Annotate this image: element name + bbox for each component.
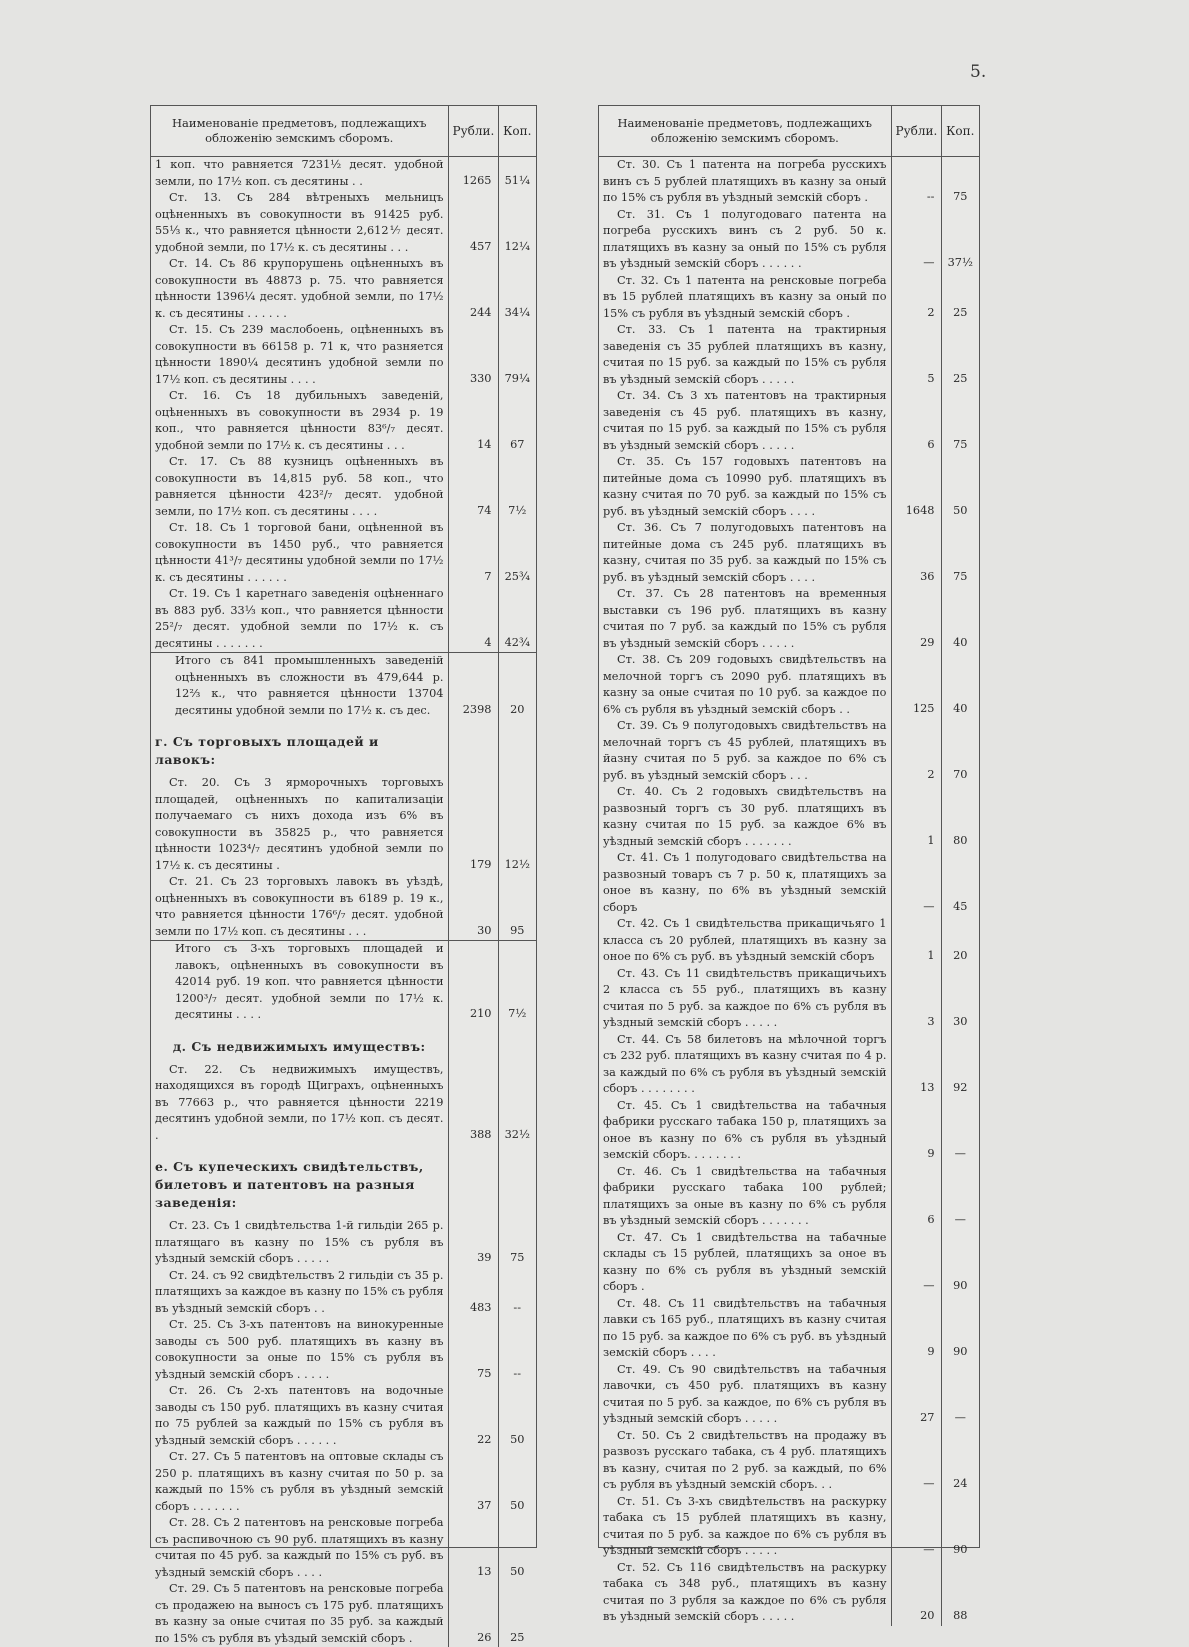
table-row: Ст. 28. Съ 2 патентовъ на ренсковые погр… (151, 1515, 536, 1581)
rubles-cell: 74 (448, 454, 498, 520)
table-row: Ст. 25. Съ 3-хъ патентовъ на винокуренны… (151, 1317, 536, 1383)
entry-description: Ст. 43. Съ 11 свидѣтельствъ прикащичьихъ… (599, 966, 891, 1032)
table-row: Ст. 20. Съ 3 ярморочныхъ торговыхъ площа… (151, 775, 536, 874)
table-row: Ст. 42. Съ 1 свидѣтельства прикащичьяго … (599, 916, 979, 966)
table-row: Ст. 15. Съ 239 маслобоень, оцѣненныхъ въ… (151, 322, 536, 388)
rubles-cell: 3 (891, 966, 941, 1032)
entry-description: Ст. 30. Съ 1 патента на погреба русскихъ… (599, 157, 891, 207)
kopecks-cell: 20 (941, 916, 979, 966)
table-row: Ст. 16. Съ 18 дубильныхъ заведеній, оцѣн… (151, 388, 536, 454)
entry-description: Ст. 35. Съ 157 годовыхъ патентовъ на пит… (599, 454, 891, 520)
rubles-cell: 330 (448, 322, 498, 388)
table-row: Ст. 32. Съ 1 патента на ренсковые погреб… (599, 273, 979, 323)
entry-description: Ст. 37. Съ 28 патентовъ на временныя выс… (599, 586, 891, 652)
rubles-cell (448, 719, 498, 775)
table-row: Ст. 18. Съ 1 торговой бани, оцѣненной въ… (151, 520, 536, 586)
rubles-cell: — (891, 1428, 941, 1494)
entry-description: Ст. 23. Съ 1 свидѣтельства 1-й гильдіи 2… (151, 1218, 448, 1268)
kopecks-cell: 40 (941, 586, 979, 652)
header-description: Наименованіе предметовъ, подлежащихъ обл… (151, 106, 448, 157)
rubles-cell: 13 (891, 1032, 941, 1098)
rubles-cell: — (891, 207, 941, 273)
total-row: Итого съ 841 промышленныхъ заведеній оцѣ… (151, 653, 536, 720)
rubles-cell: -- (891, 157, 941, 207)
entry-description: Ст. 15. Съ 239 маслобоень, оцѣненныхъ въ… (151, 322, 448, 388)
rubles-cell: 1 (891, 784, 941, 850)
entry-description: Ст. 19. Съ 1 каретнаго заведенія оцѣненн… (151, 586, 448, 653)
table-row: Ст. 43. Съ 11 свидѣтельствъ прикащичьихъ… (599, 966, 979, 1032)
table-row: Ст. 29. Съ 5 патентовъ на ренсковые погр… (151, 1581, 536, 1647)
left-table: Наименованіе предметовъ, подлежащихъ обл… (151, 106, 536, 1647)
kopecks-cell: — (941, 1164, 979, 1230)
entry-description: Ст. 31. Съ 1 полугодоваго патента на пог… (599, 207, 891, 273)
page-number: 5. (970, 62, 986, 82)
table-row: 1 коп. что равняется 7231½ десят. удобно… (151, 157, 536, 191)
rubles-cell: 36 (891, 520, 941, 586)
kopecks-cell: — (941, 1098, 979, 1164)
section-heading-row: д. Съ недвижимыхъ имуществъ: (151, 1024, 536, 1062)
section-heading: е. Съ купеческихъ свидѣтельствъ, билетов… (151, 1144, 448, 1218)
table-row: Ст. 37. Съ 28 патентовъ на временныя выс… (599, 586, 979, 652)
rubles-cell: 39 (448, 1218, 498, 1268)
table-row: Ст. 26. Съ 2-хъ патентовъ на водочные за… (151, 1383, 536, 1449)
entry-description: Ст. 40. Съ 2 годовыхъ свидѣтельствъ на р… (599, 784, 891, 850)
kopecks-cell: — (941, 1362, 979, 1428)
table-row: Ст. 44. Съ 58 билетовъ на мѣлочной торгъ… (599, 1032, 979, 1098)
rubles-cell: 9 (891, 1296, 941, 1362)
entry-description: Ст. 47. Съ 1 свидѣтельства на табачные с… (599, 1230, 891, 1296)
entry-description: Ст. 27. Съ 5 патентовъ на оптовые склады… (151, 1449, 448, 1515)
section-heading: д. Съ недвижимыхъ имуществъ: (151, 1024, 448, 1062)
table-header-row: Наименованіе предметовъ, подлежащихъ обл… (599, 106, 979, 157)
rubles-cell: — (891, 1494, 941, 1560)
kopecks-cell (498, 1144, 536, 1218)
table-row: Ст. 34. Съ 3 хъ патентовъ на трактирныя … (599, 388, 979, 454)
kopecks-cell: -- (498, 1317, 536, 1383)
entry-description: Ст. 28. Съ 2 патентовъ на ренсковые погр… (151, 1515, 448, 1581)
rubles-cell: 37 (448, 1449, 498, 1515)
table-row: Ст. 40. Съ 2 годовыхъ свидѣтельствъ на р… (599, 784, 979, 850)
kopecks-cell: 45 (941, 850, 979, 916)
rubles-cell: 6 (891, 388, 941, 454)
kopecks-cell: 24 (941, 1428, 979, 1494)
table-row: Ст. 14. Съ 86 крупорушень оцѣненныхъ въ … (151, 256, 536, 322)
kopecks-cell: 40 (941, 652, 979, 718)
rubles-cell: 14 (448, 388, 498, 454)
rubles-cell: — (891, 1230, 941, 1296)
kopecks-cell: 70 (941, 718, 979, 784)
kopecks-cell: 88 (941, 1560, 979, 1626)
kopecks-cell: 75 (498, 1218, 536, 1268)
table-row: Ст. 46. Съ 1 свидѣтельства на табачныя ф… (599, 1164, 979, 1230)
rubles-cell: 2398 (448, 653, 498, 720)
table-row: Ст. 36. Съ 7 полугодовыхъ патентовъ на п… (599, 520, 979, 586)
kopecks-cell: 50 (498, 1383, 536, 1449)
right-table-column: Наименованіе предметовъ, подлежащихъ обл… (598, 105, 980, 1548)
kopecks-cell: 67 (498, 388, 536, 454)
table-row: Ст. 19. Съ 1 каретнаго заведенія оцѣненн… (151, 586, 536, 653)
entry-description: Ст. 29. Съ 5 патентовъ на ренсковые погр… (151, 1581, 448, 1647)
total-description: Итого съ 3-хъ торговыхъ площадей и лавок… (151, 941, 448, 1024)
rubles-cell: 26 (448, 1581, 498, 1647)
rubles-cell (448, 1024, 498, 1062)
header-kopecks: Коп. (941, 106, 979, 157)
entry-description: Ст. 24. съ 92 свидѣтельствъ 2 гильдіи съ… (151, 1268, 448, 1318)
kopecks-cell: 79¼ (498, 322, 536, 388)
table-row: Ст. 45. Съ 1 свидѣтельства на табачныя ф… (599, 1098, 979, 1164)
kopecks-cell: 32½ (498, 1062, 536, 1145)
kopecks-cell: 51¼ (498, 157, 536, 191)
kopecks-cell: 25¾ (498, 520, 536, 586)
rubles-cell: 20 (891, 1560, 941, 1626)
entry-description: Ст. 42. Съ 1 свидѣтельства прикащичьяго … (599, 916, 891, 966)
rubles-cell: 5 (891, 322, 941, 388)
kopecks-cell: 30 (941, 966, 979, 1032)
table-row: Ст. 24. съ 92 свидѣтельствъ 2 гильдіи съ… (151, 1268, 536, 1318)
kopecks-cell: 90 (941, 1230, 979, 1296)
entry-description: Ст. 34. Съ 3 хъ патентовъ на трактирныя … (599, 388, 891, 454)
left-table-body: 1 коп. что равняется 7231½ десят. удобно… (151, 157, 536, 1647)
rubles-cell: 1265 (448, 157, 498, 191)
entry-description: Ст. 21. Съ 23 торговыхъ лавокъ въ уѣздѣ,… (151, 874, 448, 941)
right-table: Наименованіе предметовъ, подлежащихъ обл… (599, 106, 979, 1626)
table-row: Ст. 31. Съ 1 полугодоваго патента на пог… (599, 207, 979, 273)
table-row: Ст. 17. Съ 88 кузницъ оцѣненныхъ въ сово… (151, 454, 536, 520)
kopecks-cell: 90 (941, 1494, 979, 1560)
entry-description: Ст. 17. Съ 88 кузницъ оцѣненныхъ въ сово… (151, 454, 448, 520)
rubles-cell: 1648 (891, 454, 941, 520)
kopecks-cell: 75 (941, 388, 979, 454)
rubles-cell: 30 (448, 874, 498, 941)
kopecks-cell: 37½ (941, 207, 979, 273)
rubles-cell: 29 (891, 586, 941, 652)
left-table-column: Наименованіе предметовъ, подлежащихъ обл… (150, 105, 537, 1548)
kopecks-cell: 7½ (498, 941, 536, 1024)
entry-description: Ст. 38. Съ 209 годовыхъ свидѣтельствъ на… (599, 652, 891, 718)
table-row: Ст. 49. Съ 90 свидѣтельствъ на табачныя … (599, 1362, 979, 1428)
entry-description: Ст. 44. Съ 58 билетовъ на мѣлочной торгъ… (599, 1032, 891, 1098)
rubles-cell: 457 (448, 190, 498, 256)
entry-description: Ст. 50. Съ 2 свидѣтельствъ на продажу въ… (599, 1428, 891, 1494)
kopecks-cell: 25 (941, 273, 979, 323)
section-heading-row: е. Съ купеческихъ свидѣтельствъ, билетов… (151, 1144, 536, 1218)
kopecks-cell: 90 (941, 1296, 979, 1362)
rubles-cell: 125 (891, 652, 941, 718)
kopecks-cell: 7½ (498, 454, 536, 520)
entry-description: Ст. 22. Съ недвижимыхъ имуществъ, находя… (151, 1062, 448, 1145)
entry-description: Ст. 16. Съ 18 дубильныхъ заведеній, оцѣн… (151, 388, 448, 454)
entry-description: Ст. 36. Съ 7 полугодовыхъ патентовъ на п… (599, 520, 891, 586)
entry-description: Ст. 33. Съ 1 патента на трактирныя завед… (599, 322, 891, 388)
header-rubles: Рубли. (891, 106, 941, 157)
header-kopecks: Коп. (498, 106, 536, 157)
total-row: Итого съ 3-хъ торговыхъ площадей и лавок… (151, 941, 536, 1024)
header-description: Наименованіе предметовъ, подлежащихъ обл… (599, 106, 891, 157)
entry-description: Ст. 13. Съ 284 вѣтреныхъ мельницъ оцѣнен… (151, 190, 448, 256)
kopecks-cell (498, 1024, 536, 1062)
entry-description: Ст. 14. Съ 86 крупорушень оцѣненныхъ въ … (151, 256, 448, 322)
table-row: Ст. 48. Съ 11 свидѣтельствъ на табачныя … (599, 1296, 979, 1362)
rubles-cell: 210 (448, 941, 498, 1024)
rubles-cell: 6 (891, 1164, 941, 1230)
section-heading-row: г. Съ торговыхъ площадей и лавокъ: (151, 719, 536, 775)
table-row: Ст. 33. Съ 1 патента на трактирныя завед… (599, 322, 979, 388)
rubles-cell: 22 (448, 1383, 498, 1449)
rubles-cell: 4 (448, 586, 498, 653)
rubles-cell (448, 1144, 498, 1218)
rubles-cell: 9 (891, 1098, 941, 1164)
entry-description: Ст. 48. Съ 11 свидѣтельствъ на табачныя … (599, 1296, 891, 1362)
table-row: Ст. 30. Съ 1 патента на погреба русскихъ… (599, 157, 979, 207)
kopecks-cell: 92 (941, 1032, 979, 1098)
table-row: Ст. 50. Съ 2 свидѣтельствъ на продажу въ… (599, 1428, 979, 1494)
entry-description: Ст. 32. Съ 1 патента на ренсковые погреб… (599, 273, 891, 323)
entry-description: Ст. 41. Съ 1 полугодоваго свидѣтельства … (599, 850, 891, 916)
entry-description: Ст. 26. Съ 2-хъ патентовъ на водочные за… (151, 1383, 448, 1449)
table-row: Ст. 47. Съ 1 свидѣтельства на табачные с… (599, 1230, 979, 1296)
kopecks-cell: 25 (498, 1581, 536, 1647)
kopecks-cell: 75 (941, 520, 979, 586)
rubles-cell: 483 (448, 1268, 498, 1318)
kopecks-cell: -- (498, 1268, 536, 1318)
kopecks-cell: 80 (941, 784, 979, 850)
entry-description: Ст. 18. Съ 1 торговой бани, оцѣненной въ… (151, 520, 448, 586)
table-row: Ст. 13. Съ 284 вѣтреныхъ мельницъ оцѣнен… (151, 190, 536, 256)
kopecks-cell (498, 719, 536, 775)
kopecks-cell: 50 (498, 1449, 536, 1515)
rubles-cell: 27 (891, 1362, 941, 1428)
entry-description: Ст. 52. Съ 116 свидѣтельствъ на раскурку… (599, 1560, 891, 1626)
table-row: Ст. 39. Съ 9 полугодовыхъ свидѣтельствъ … (599, 718, 979, 784)
rubles-cell: 2 (891, 718, 941, 784)
table-header-row: Наименованіе предметовъ, подлежащихъ обл… (151, 106, 536, 157)
table-row: Ст. 52. Съ 116 свидѣтельствъ на раскурку… (599, 1560, 979, 1626)
entry-description: Ст. 46. Съ 1 свидѣтельства на табачныя ф… (599, 1164, 891, 1230)
rubles-cell: 13 (448, 1515, 498, 1581)
table-row: Ст. 22. Съ недвижимыхъ имуществъ, находя… (151, 1062, 536, 1145)
table-row: Ст. 41. Съ 1 полугодоваго свидѣтельства … (599, 850, 979, 916)
entry-description: Ст. 25. Съ 3-хъ патентовъ на винокуренны… (151, 1317, 448, 1383)
kopecks-cell: 20 (498, 653, 536, 720)
table-row: Ст. 27. Съ 5 патентовъ на оптовые склады… (151, 1449, 536, 1515)
kopecks-cell: 12½ (498, 775, 536, 874)
table-row: Ст. 51. Съ 3-хъ свидѣтельствъ на раскурк… (599, 1494, 979, 1560)
rubles-cell: 179 (448, 775, 498, 874)
entry-description: Ст. 20. Съ 3 ярморочныхъ торговыхъ площа… (151, 775, 448, 874)
kopecks-cell: 25 (941, 322, 979, 388)
kopecks-cell: 34¼ (498, 256, 536, 322)
kopecks-cell: 50 (498, 1515, 536, 1581)
entry-description: Ст. 39. Съ 9 полугодовыхъ свидѣтельствъ … (599, 718, 891, 784)
kopecks-cell: 75 (941, 157, 979, 207)
header-rubles: Рубли. (448, 106, 498, 157)
entry-description: Ст. 51. Съ 3-хъ свидѣтельствъ на раскурк… (599, 1494, 891, 1560)
total-description: Итого съ 841 промышленныхъ заведеній оцѣ… (151, 653, 448, 720)
right-table-body: Ст. 30. Съ 1 патента на погреба русскихъ… (599, 157, 979, 1626)
entry-description: Ст. 49. Съ 90 свидѣтельствъ на табачныя … (599, 1362, 891, 1428)
rubles-cell: 7 (448, 520, 498, 586)
rubles-cell: 75 (448, 1317, 498, 1383)
table-row: Ст. 35. Съ 157 годовыхъ патентовъ на пит… (599, 454, 979, 520)
kopecks-cell: 95 (498, 874, 536, 941)
rubles-cell: 244 (448, 256, 498, 322)
table-row: Ст. 38. Съ 209 годовыхъ свидѣтельствъ на… (599, 652, 979, 718)
rubles-cell: 2 (891, 273, 941, 323)
section-heading: г. Съ торговыхъ площадей и лавокъ: (151, 719, 448, 775)
table-row: Ст. 23. Съ 1 свидѣтельства 1-й гильдіи 2… (151, 1218, 536, 1268)
entry-description: 1 коп. что равняется 7231½ десят. удобно… (151, 157, 448, 191)
kopecks-cell: 50 (941, 454, 979, 520)
rubles-cell: 388 (448, 1062, 498, 1145)
entry-description: Ст. 45. Съ 1 свидѣтельства на табачныя ф… (599, 1098, 891, 1164)
table-row: Ст. 21. Съ 23 торговыхъ лавокъ въ уѣздѣ,… (151, 874, 536, 941)
kopecks-cell: 12¼ (498, 190, 536, 256)
kopecks-cell: 42¾ (498, 586, 536, 653)
rubles-cell: — (891, 850, 941, 916)
rubles-cell: 1 (891, 916, 941, 966)
